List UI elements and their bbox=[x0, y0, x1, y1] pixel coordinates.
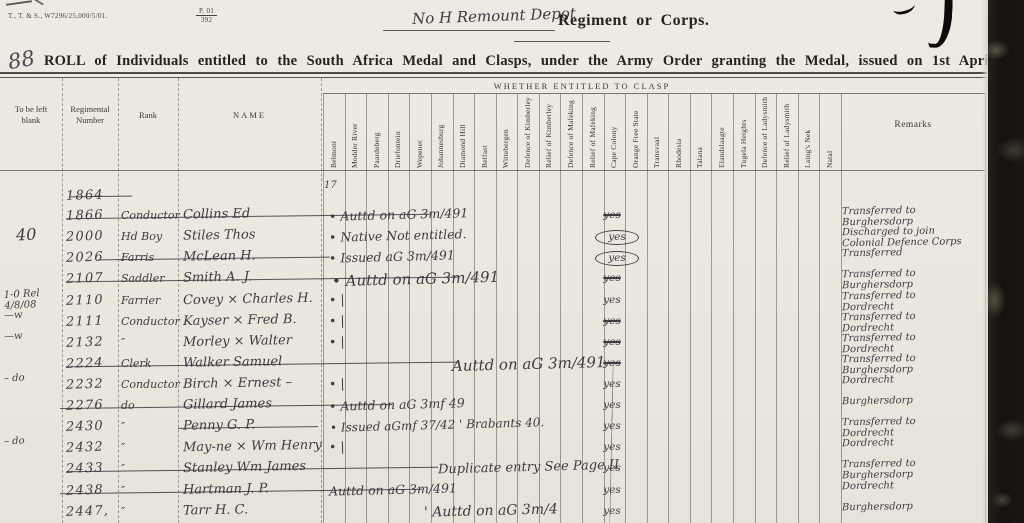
clasp-column-label: Elandslaagte bbox=[715, 97, 729, 168]
margin-annotation: – do bbox=[4, 372, 25, 384]
table-row: 1864 bbox=[0, 186, 1024, 207]
clasp-column-label: Paardeberg bbox=[370, 97, 384, 168]
regiment-name-handwritten: No H Remount Depot bbox=[412, 4, 576, 28]
table-row: 2447,″Tarr H. C.' Auttd on aG 3m/4yesBur… bbox=[0, 502, 1024, 523]
clasp-column-label: Relief of Mafeking bbox=[586, 97, 600, 168]
clasp-column-label: Relief of Kimberley bbox=[542, 97, 556, 168]
fraction-bottom: 392 bbox=[196, 16, 217, 24]
rank: Conductor bbox=[121, 315, 177, 328]
rank: Farrier bbox=[121, 294, 177, 307]
name: Stanley Wm James bbox=[183, 459, 306, 476]
page-title: ROLL of Individuals entitled to the Sout… bbox=[44, 53, 1024, 70]
clasp-yes-mark: yes bbox=[595, 209, 629, 221]
column-header-name: NAME bbox=[178, 110, 321, 121]
regimental-number: 1866 bbox=[66, 207, 116, 224]
rank: ″ bbox=[121, 336, 177, 349]
regimental-number: 2276 bbox=[66, 397, 116, 414]
regimental-number: 2107 bbox=[66, 270, 116, 287]
remark: Transferred to Dordrecht bbox=[842, 311, 988, 335]
clasp-yes-mark: yes bbox=[595, 505, 629, 517]
table-row: 2430″Penny G. P.• Issued aGmf 37/42 ' Br… bbox=[0, 417, 1024, 438]
print-reference: T., T. & S., W7296/25,000/5/01. bbox=[8, 12, 108, 20]
clasp-column-label: Defence of Mafeking bbox=[564, 97, 578, 168]
annotation-note: Duplicate entry See Page II bbox=[438, 458, 620, 478]
clasp-column-label: Rhodesia bbox=[672, 97, 686, 168]
clasp-column-label: Defence of Kimberley bbox=[521, 97, 535, 168]
column-header-left-blank: To be left blank bbox=[0, 104, 62, 126]
name: Kayser × Fred B. bbox=[183, 312, 297, 329]
annotation-note: • | bbox=[329, 439, 345, 454]
clasp-yes-mark: yes bbox=[595, 420, 629, 432]
table-row: —w2111ConductorKayser × Fred B.• |yesTra… bbox=[0, 312, 1024, 333]
regimental-number: 2438 bbox=[66, 482, 116, 499]
column-header-rank: Rank bbox=[118, 110, 178, 121]
annotation-note: • Issued aGmf 37/42 ' Brabants 40. bbox=[330, 415, 545, 435]
table-row: 2438″Hartman J. P.Auttd on aG 3m/491yesD… bbox=[0, 481, 1024, 502]
page-edge-highlight bbox=[981, 0, 988, 523]
remark: Burghersdorp bbox=[842, 395, 988, 408]
pen-hook-mark bbox=[928, 0, 953, 48]
margin-annotation: —w bbox=[4, 310, 23, 322]
name: Morley × Walter bbox=[183, 333, 292, 350]
column-header-regimental-number: Regimental Number bbox=[62, 104, 118, 126]
table-row: 2026FarrisMcLean H.• Issued aG 3m/491yes… bbox=[0, 248, 1024, 269]
rank: Clerk bbox=[121, 357, 177, 370]
name: McLean H. bbox=[183, 248, 256, 264]
clasp-yes-mark: yes bbox=[595, 294, 629, 306]
regimental-number: 2447, bbox=[66, 503, 116, 520]
remark: Dordrecht bbox=[842, 374, 988, 387]
clasp-column-label: Cape Colony bbox=[607, 97, 621, 168]
scanned-medal-roll-page: T., T. & S., W7296/25,000/5/01. P. 01 39… bbox=[0, 0, 1024, 523]
scan-scribble-mark bbox=[34, 0, 44, 5]
margin-annotation: 40 bbox=[16, 228, 37, 240]
table-row: —w2132″Morley × Walter• |yesTransferred … bbox=[0, 333, 1024, 354]
regimental-number: 2430 bbox=[66, 418, 116, 435]
regimental-number: 2111 bbox=[66, 313, 116, 330]
clasp-yes-mark: yes bbox=[595, 357, 629, 369]
remark: Dordrecht bbox=[842, 437, 988, 450]
name: May-ne × Wm Henry bbox=[183, 438, 322, 455]
name: Stiles Thos bbox=[183, 227, 256, 243]
margin-annotation: – do bbox=[4, 435, 25, 447]
name: Birch × Ernest – bbox=[183, 375, 292, 392]
clasp-yes-mark: yes bbox=[595, 336, 629, 348]
clasp-column-label: Belfast bbox=[478, 97, 492, 168]
rank: do bbox=[121, 399, 177, 412]
name: Smith A. J. bbox=[183, 269, 252, 285]
clasp-yes-mark: yes bbox=[595, 315, 629, 327]
annotation-note: • | bbox=[329, 334, 345, 349]
regiment-label: Regiment or Corps. bbox=[558, 12, 709, 30]
regimental-number: 2110 bbox=[66, 292, 116, 309]
clasp-column-label: Driefontein bbox=[391, 97, 405, 168]
name: Gillard James bbox=[183, 396, 272, 413]
regiment-second-underline bbox=[514, 41, 610, 42]
clasp-yes-mark: yes bbox=[595, 272, 629, 284]
regimental-number: 2224 bbox=[66, 355, 116, 372]
title-double-rule bbox=[0, 72, 988, 78]
annotation-note: ' Auttd on aG 3m/4 bbox=[424, 501, 558, 520]
table-row: – do2432″May-ne × Wm Henry• |yesDordrech… bbox=[0, 438, 1024, 459]
table-row: 2224ClerkWalker SamuelAuttd on aG 3m/491… bbox=[0, 354, 1024, 375]
rank: ″ bbox=[121, 420, 177, 433]
header-bottom-rule bbox=[0, 170, 985, 171]
clasp-yes-mark: yes bbox=[595, 251, 639, 266]
remark: Transferred to Dordrecht bbox=[842, 332, 988, 356]
clasp-yes-mark: yes bbox=[595, 230, 639, 245]
clasp-column-label: Diamond Hill bbox=[456, 97, 470, 168]
clasp-column-label: Wepener bbox=[413, 97, 427, 168]
regimental-number: 2232 bbox=[66, 376, 116, 393]
regimental-number: 2000 bbox=[66, 228, 116, 245]
clasp-yes-mark: yes bbox=[595, 441, 629, 453]
fraction-top: P. 01 bbox=[196, 7, 217, 16]
clasp-column-label: Orange Free State bbox=[629, 97, 643, 168]
name: Penny G. P. bbox=[183, 417, 256, 433]
margin-annotation: 1-0 Rel 4/8/08 bbox=[3, 288, 40, 312]
clasp-yes-mark: yes bbox=[595, 462, 629, 474]
annotation-note: • | bbox=[329, 376, 345, 391]
clasp-column-label: Laing's Nek bbox=[801, 97, 815, 168]
clasp-yes-mark: yes bbox=[595, 378, 629, 390]
remark: Burghersdorp bbox=[842, 501, 988, 514]
book-binding-edge bbox=[988, 0, 1024, 523]
remark: Transferred to Dordrecht bbox=[842, 416, 988, 440]
scan-scribble-mark bbox=[6, 0, 32, 6]
rank: Saddler bbox=[121, 272, 177, 285]
column-header-remarks: Remarks bbox=[841, 120, 985, 130]
margin-annotation: —w bbox=[4, 331, 23, 343]
clasp-column-label: Modder River bbox=[348, 97, 362, 168]
regiment-underline bbox=[383, 30, 555, 31]
regimental-number: 2433 bbox=[66, 460, 116, 477]
pen-curve-mark bbox=[892, 0, 916, 16]
table-row: 2107SaddlerSmith A. J.• Auttd on aG 3m/4… bbox=[0, 269, 1024, 290]
remark: Dordrecht bbox=[842, 480, 988, 493]
clasp-column-label: Talana bbox=[693, 97, 707, 168]
table-row: – do2232ConductorBirch × Ernest –• |yesD… bbox=[0, 375, 1024, 396]
clasp-band-title: WHETHER ENTITLED TO CLASP bbox=[323, 81, 841, 91]
name: Tarr H. C. bbox=[183, 502, 248, 518]
remark: Transferred to Burghersdorp bbox=[842, 268, 988, 292]
regimental-number: 2432 bbox=[66, 439, 116, 456]
clasp-column-label: Relief of Ladysmith bbox=[780, 97, 794, 168]
rank: Hd Boy bbox=[121, 230, 177, 243]
remark: Transferred bbox=[842, 247, 988, 260]
annotation-note: Auttd on aG 3m/491 bbox=[452, 353, 606, 375]
rank: ″ bbox=[121, 484, 177, 497]
remark: Transferred to Burghersdorp bbox=[842, 353, 988, 377]
clasp-column-label: Johannesburg bbox=[434, 97, 448, 168]
name: Collins Ed bbox=[183, 206, 250, 222]
remark: Discharged to join Colonial Defence Corp… bbox=[842, 226, 988, 250]
remark: Transferred to Burghersdorp bbox=[842, 205, 988, 229]
rank: Conductor bbox=[121, 378, 177, 391]
rank: ″ bbox=[121, 441, 177, 454]
annotation-note: • Auttd on aG 3m/491 bbox=[332, 268, 500, 290]
table-row: 1866ConductorCollins Ed• Auttd on aG 3m/… bbox=[0, 206, 1024, 227]
table-row: 2276doGillard James• Auttd on aG 3mf 49y… bbox=[0, 396, 1024, 417]
remark: Transferred to Burghersdorp bbox=[842, 458, 988, 482]
clasp-yes-mark: yes bbox=[595, 484, 629, 496]
name: Covey × Charles H. bbox=[183, 291, 313, 308]
rank: ″ bbox=[121, 505, 177, 518]
clasp-column-label: Belmont bbox=[327, 97, 341, 168]
name: Walker Samuel bbox=[183, 354, 283, 371]
rank: ″ bbox=[121, 462, 177, 475]
clasp-band-rule bbox=[323, 93, 985, 94]
page-number-handwritten: 88 bbox=[6, 46, 36, 74]
annotation-note: • | bbox=[329, 292, 345, 307]
clasp-column-label: Transvaal bbox=[650, 97, 664, 168]
remark: Transferred to Dordrecht bbox=[842, 290, 988, 314]
annotation-note: • | bbox=[329, 313, 345, 328]
regimental-number: 2132 bbox=[66, 334, 116, 351]
clasp-column-label: Natal bbox=[823, 97, 837, 168]
clasp-column-label: Tugela Heights bbox=[737, 97, 751, 168]
annotation-note: • Native Not entitled. bbox=[329, 226, 467, 245]
table-row: 2433″Stanley Wm JamesDuplicate entry See… bbox=[0, 459, 1024, 480]
table-row: 402000Hd BoyStiles Thos• Native Not enti… bbox=[0, 227, 1024, 248]
table-row: 1-0 Rel 4/8/082110FarrierCovey × Charles… bbox=[0, 291, 1024, 312]
clasp-column-label: Wittebergen bbox=[499, 97, 513, 168]
rank: Conductor bbox=[121, 209, 177, 222]
rank: Farris bbox=[121, 251, 177, 264]
form-number-fraction: P. 01 392 bbox=[196, 7, 217, 24]
regimental-number: 2026 bbox=[66, 249, 116, 266]
name: Hartman J. P. bbox=[183, 481, 269, 497]
clasp-yes-mark: yes bbox=[595, 399, 629, 411]
clasp-column-label: Defence of Ladysmith bbox=[758, 97, 772, 168]
annotation-note: • Issued aG 3m/491 bbox=[329, 247, 455, 265]
